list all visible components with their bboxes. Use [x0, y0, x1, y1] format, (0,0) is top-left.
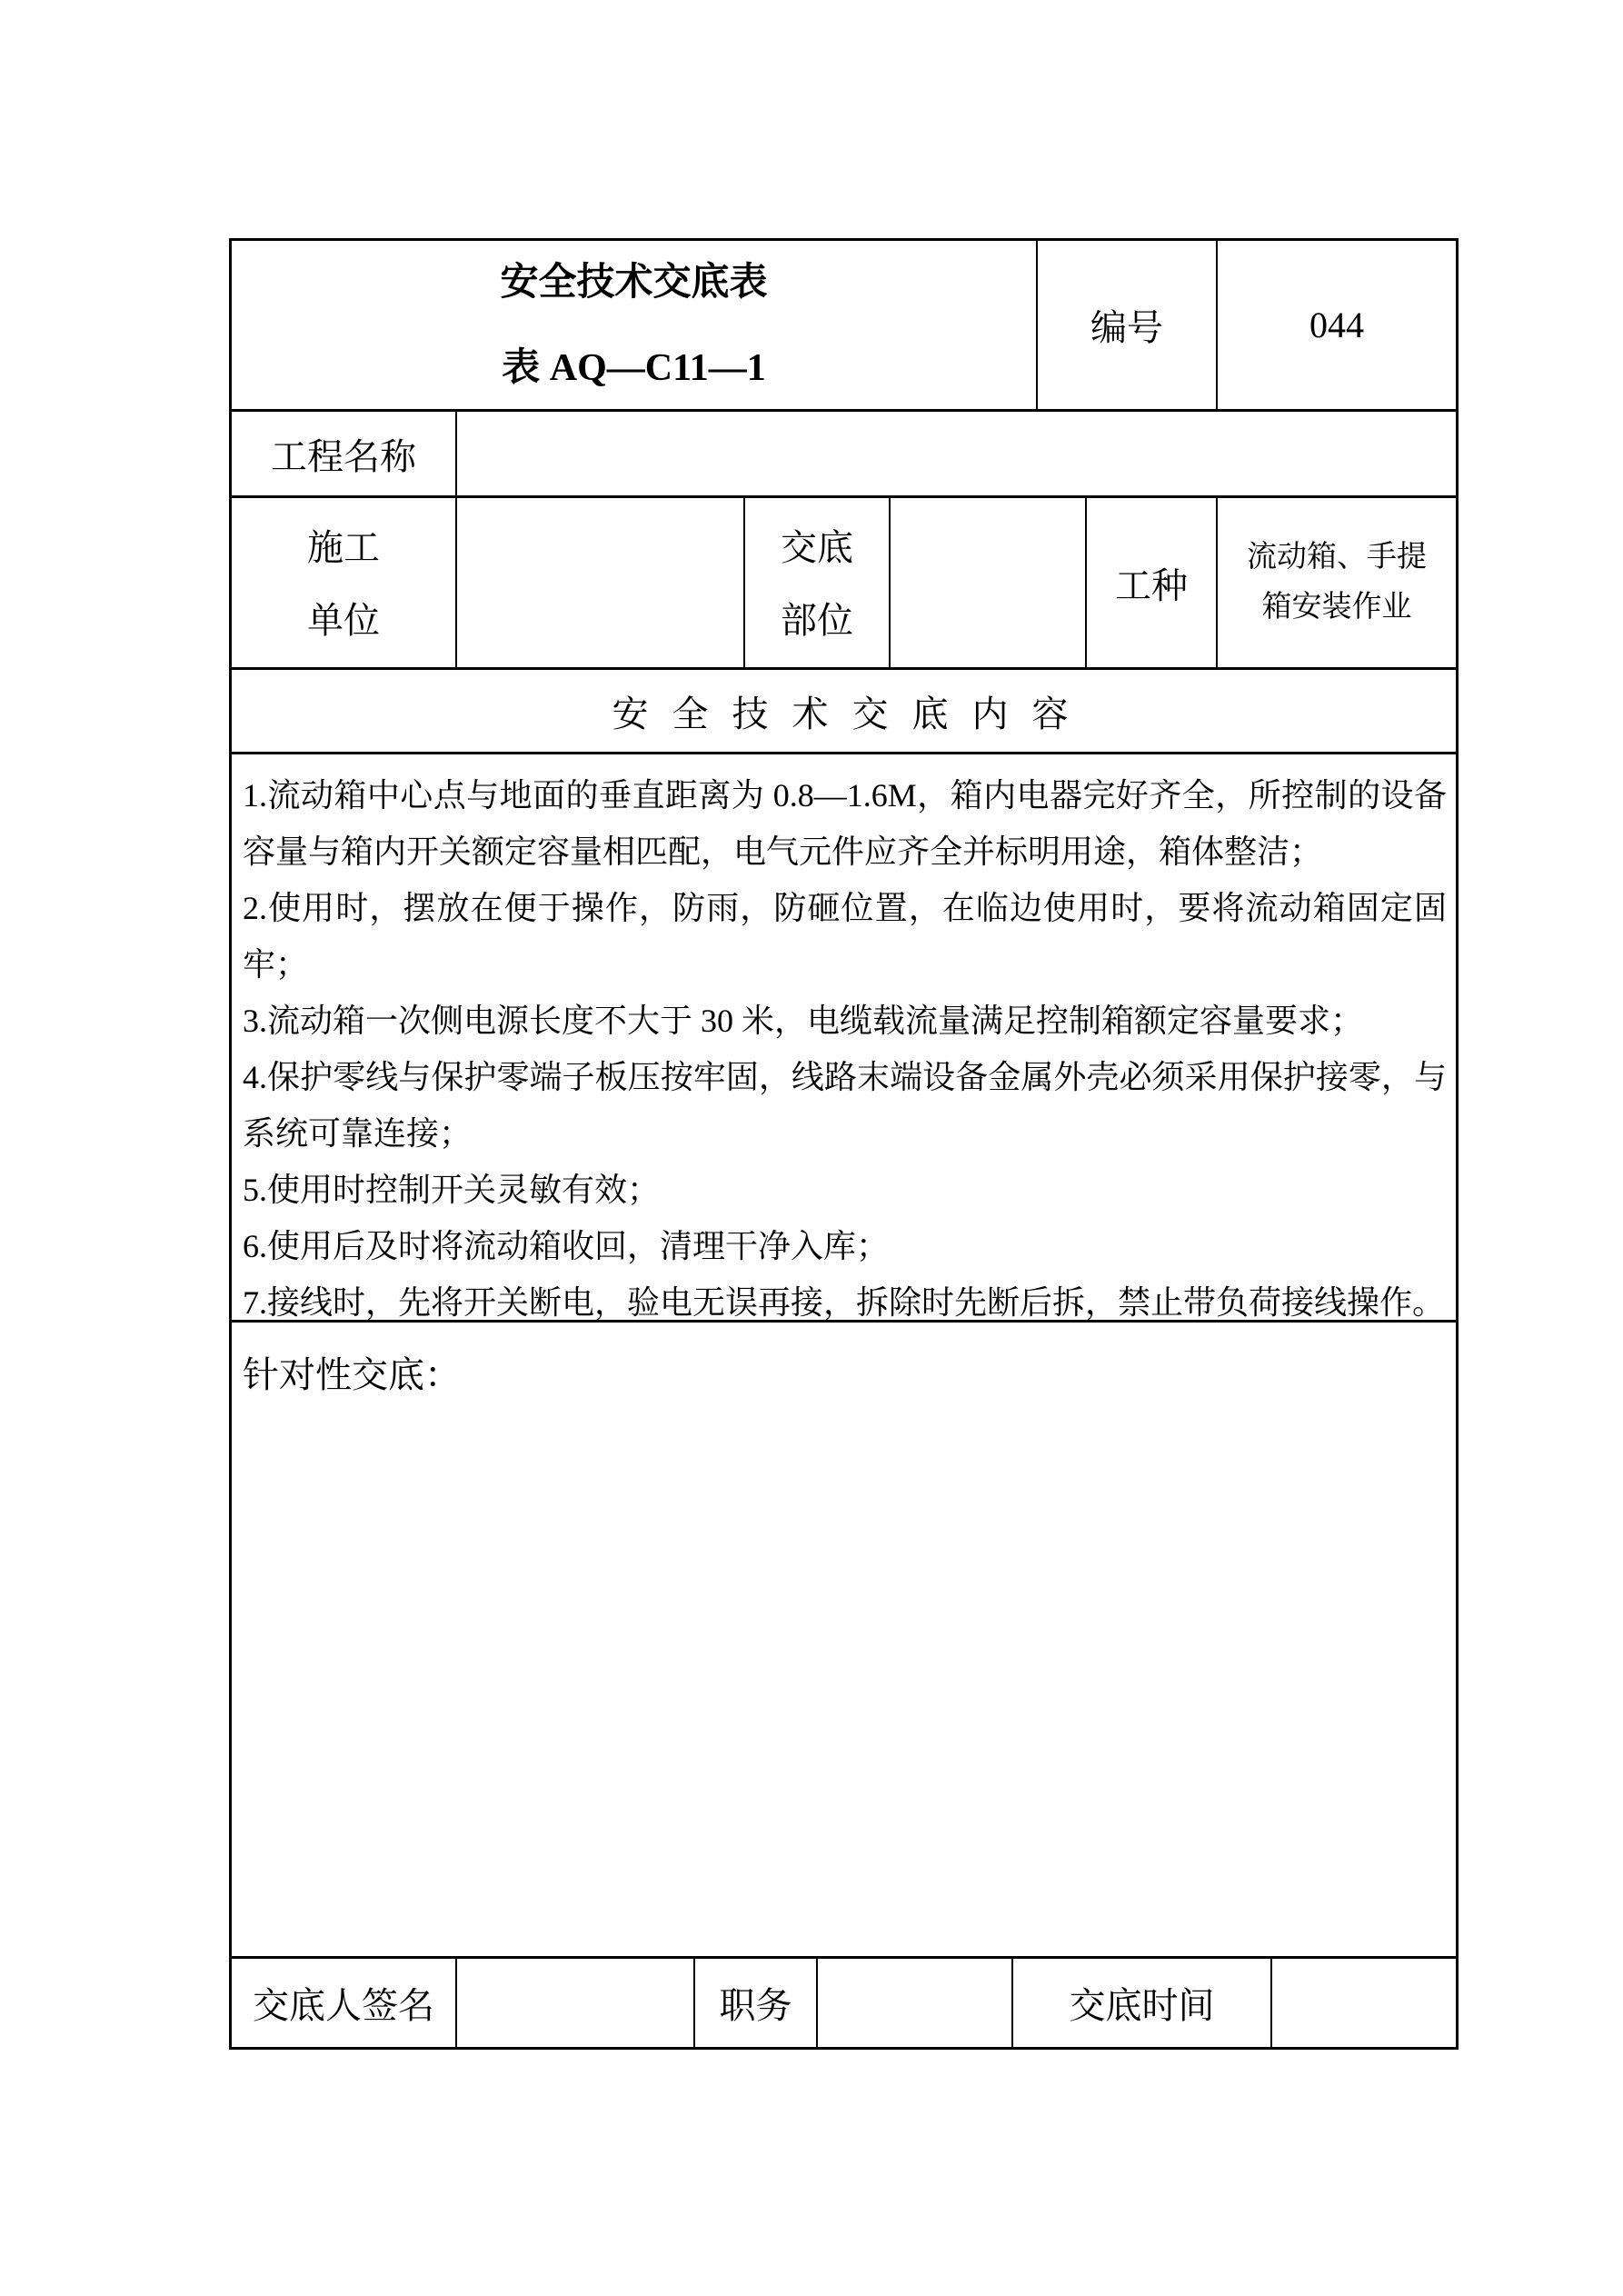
- disclosure-time-value: [1272, 1959, 1456, 2047]
- work-type-label: 工种: [1087, 498, 1218, 667]
- content-item: 7.接线时，先将开关断电，验电无误再接，拆除时先断后拆，禁止带负荷接线操作。: [243, 1274, 1447, 1320]
- safety-disclosure-form-table: 安全技术交底表 表 AQ—C11—1 编号 044 工程名称 施工 单位 交底 …: [229, 238, 1459, 2050]
- form-title: 安全技术交底表: [500, 241, 767, 325]
- discloser-signature-label: 交底人签名: [232, 1959, 457, 2047]
- serial-number-value: 044: [1218, 241, 1456, 409]
- form-code: 表 AQ—C11—1: [502, 325, 766, 410]
- content-item: 3.流动箱一次侧电源长度不大于 30 米，电缆载流量满足控制箱额定容量要求；: [243, 993, 1447, 1049]
- content-row: 1.流动箱中心点与地面的垂直距离为 0.8—1.6M，箱内电器完好齐全，所控制的…: [232, 754, 1456, 1323]
- content-item: 6.使用后及时将流动箱收回，清理干净入库；: [243, 1218, 1447, 1274]
- position-value: [818, 1959, 1013, 2047]
- signature-row: 交底人签名 职务 交底时间: [232, 1959, 1456, 2047]
- header-row: 安全技术交底表 表 AQ—C11—1 编号 044: [232, 241, 1456, 412]
- content-item: 2.使用时，摆放在便于操作，防雨，防砸位置，在临边使用时，要将流动箱固定固牢；: [243, 880, 1447, 993]
- content-item: 5.使用时控制开关灵敏有效；: [243, 1162, 1447, 1218]
- project-name-label: 工程名称: [232, 412, 457, 495]
- content-section-title: 安 全 技 术 交 底 内 容: [232, 670, 1456, 752]
- work-type-value: 流动箱、手提箱安装作业: [1218, 498, 1456, 667]
- content-item: 1.流动箱中心点与地面的垂直距离为 0.8—1.6M，箱内电器完好齐全，所控制的…: [243, 767, 1447, 880]
- disclosure-part-value: [891, 498, 1087, 667]
- disclosure-part-label: 交底 部位: [745, 498, 891, 667]
- project-name-row: 工程名称: [232, 412, 1456, 498]
- construction-unit-label: 施工 单位: [232, 498, 457, 667]
- targeted-disclosure-row: 针对性交底：: [232, 1323, 1456, 1959]
- discloser-signature-value: [457, 1959, 695, 2047]
- construction-unit-value: [457, 498, 745, 667]
- targeted-disclosure-area: 针对性交底：: [232, 1323, 1456, 1956]
- content-body: 1.流动箱中心点与地面的垂直距离为 0.8—1.6M，箱内电器完好齐全，所控制的…: [232, 754, 1456, 1320]
- serial-number-label: 编号: [1038, 241, 1218, 409]
- position-label: 职务: [695, 1959, 818, 2047]
- content-section-header-row: 安 全 技 术 交 底 内 容: [232, 670, 1456, 754]
- unit-part-worktype-row: 施工 单位 交底 部位 工种 流动箱、手提箱安装作业: [232, 498, 1456, 670]
- targeted-disclosure-label: 针对性交底：: [243, 1346, 461, 1398]
- disclosure-time-label: 交底时间: [1013, 1959, 1272, 2047]
- form-title-cell: 安全技术交底表 表 AQ—C11—1: [232, 241, 1038, 409]
- project-name-value: [457, 412, 1456, 495]
- content-item: 4.保护零线与保护零端子板压按牢固，线路末端设备金属外壳必须采用保护接零，与系统…: [243, 1049, 1447, 1162]
